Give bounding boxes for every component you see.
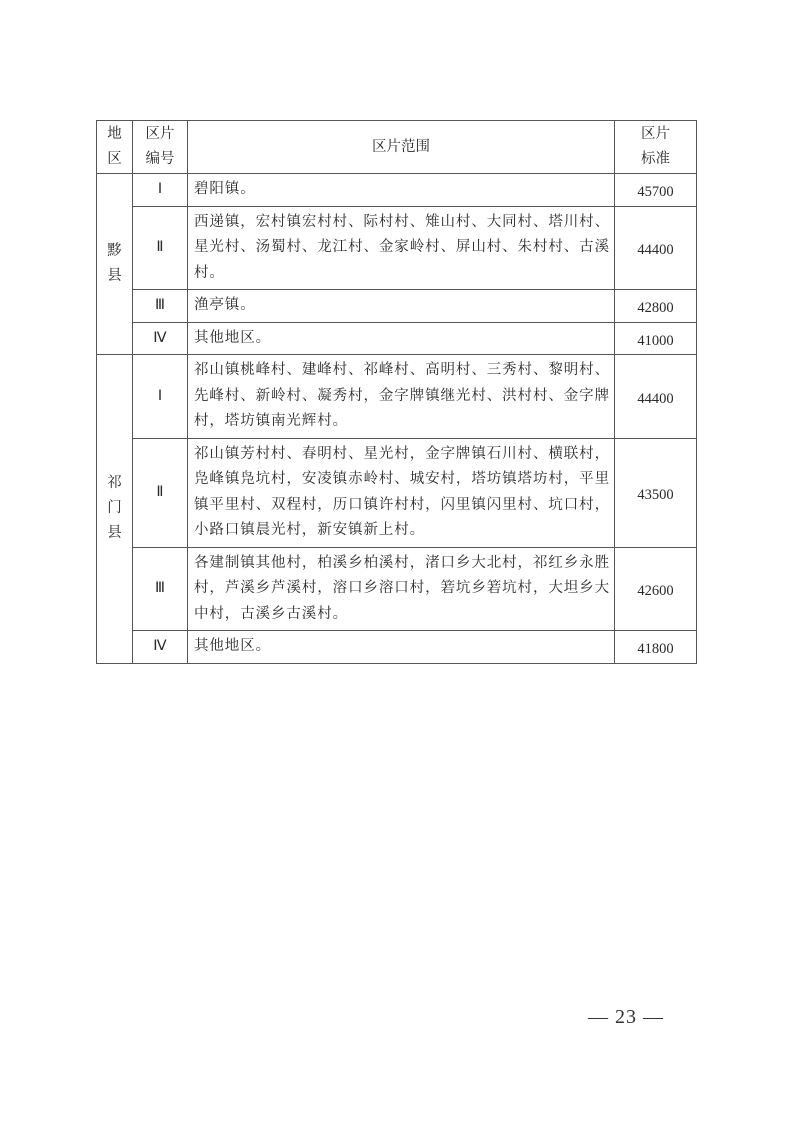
table-row: Ⅱ 西递镇，宏村镇宏村村、际村村、雉山村、大同村、塔川村、星光村、汤蜀村、龙江村… bbox=[97, 206, 697, 290]
zone-standard: 41000 bbox=[615, 322, 697, 355]
zone-number: Ⅰ bbox=[133, 355, 188, 439]
header-scope: 区片范围 bbox=[188, 121, 615, 174]
table-row: 祁门县 Ⅰ 祁山镇桃峰村、建峰村、祁峰村、高明村、三秀村、黎明村、先峰村、新岭村… bbox=[97, 355, 697, 439]
zone-standard: 45700 bbox=[615, 174, 697, 207]
zone-scope: 祁山镇桃峰村、建峰村、祁峰村、高明村、三秀村、黎明村、先峰村、新岭村、凝秀村，金… bbox=[188, 355, 615, 439]
zone-scope: 渔亭镇。 bbox=[188, 290, 615, 323]
header-zone-no: 区片编号 bbox=[133, 121, 188, 174]
header-scope-label: 区片范围 bbox=[372, 139, 430, 155]
table-row: Ⅱ 祁山镇芳村村、春明村、星光村，金字牌镇石川村、横联村，凫峰镇凫坑村，安凌镇赤… bbox=[97, 438, 697, 547]
county-name: 黟县 bbox=[107, 243, 122, 284]
zone-standard: 44400 bbox=[615, 206, 697, 290]
header-region-label: 地区 bbox=[107, 126, 122, 167]
table-row: Ⅳ 其他地区。 41000 bbox=[97, 322, 697, 355]
table-row: Ⅳ 其他地区。 41800 bbox=[97, 631, 697, 664]
zone-scope: 其他地区。 bbox=[188, 322, 615, 355]
table-row: Ⅲ 渔亭镇。 42800 bbox=[97, 290, 697, 323]
header-standard: 区片标准 bbox=[615, 121, 697, 174]
page-number: — 23 — bbox=[588, 1006, 664, 1029]
header-zone-no-label: 区片编号 bbox=[146, 126, 175, 167]
zone-number: Ⅱ bbox=[133, 438, 188, 547]
zone-number: Ⅰ bbox=[133, 174, 188, 207]
zone-scope: 祁山镇芳村村、春明村、星光村，金字牌镇石川村、横联村，凫峰镇凫坑村，安凌镇赤岭村… bbox=[188, 438, 615, 547]
zone-scope: 西递镇，宏村镇宏村村、际村村、雉山村、大同村、塔川村、星光村、汤蜀村、龙江村、金… bbox=[188, 206, 615, 290]
zone-scope: 其他地区。 bbox=[188, 631, 615, 664]
zone-number: Ⅳ bbox=[133, 631, 188, 664]
zone-standard: 41800 bbox=[615, 631, 697, 664]
land-price-zone-table: 地区 区片编号 区片范围 区片标准 黟县 Ⅰ 碧阳镇。 45700 Ⅱ 西递镇，… bbox=[96, 120, 697, 664]
county-cell: 祁门县 bbox=[97, 355, 133, 664]
header-standard-label: 区片标准 bbox=[641, 126, 670, 167]
table-row: 黟县 Ⅰ 碧阳镇。 45700 bbox=[97, 174, 697, 207]
zone-standard: 42800 bbox=[615, 290, 697, 323]
zone-scope: 各建制镇其他村，柏溪乡柏溪村，渚口乡大北村，祁红乡永胜村，芦溪乡芦溪村，溶口乡溶… bbox=[188, 547, 615, 631]
zone-standard: 44400 bbox=[615, 355, 697, 439]
zone-standard: 43500 bbox=[615, 438, 697, 547]
table-header-row: 地区 区片编号 区片范围 区片标准 bbox=[97, 121, 697, 174]
table-row: Ⅲ 各建制镇其他村，柏溪乡柏溪村，渚口乡大北村，祁红乡永胜村，芦溪乡芦溪村，溶口… bbox=[97, 547, 697, 631]
zone-number: Ⅲ bbox=[133, 547, 188, 631]
zone-scope: 碧阳镇。 bbox=[188, 174, 615, 207]
county-name: 祁门县 bbox=[107, 475, 122, 541]
zone-number: Ⅳ bbox=[133, 322, 188, 355]
zone-number: Ⅲ bbox=[133, 290, 188, 323]
zone-number: Ⅱ bbox=[133, 206, 188, 290]
county-cell: 黟县 bbox=[97, 174, 133, 355]
header-region: 地区 bbox=[97, 121, 133, 174]
zone-standard: 42600 bbox=[615, 547, 697, 631]
